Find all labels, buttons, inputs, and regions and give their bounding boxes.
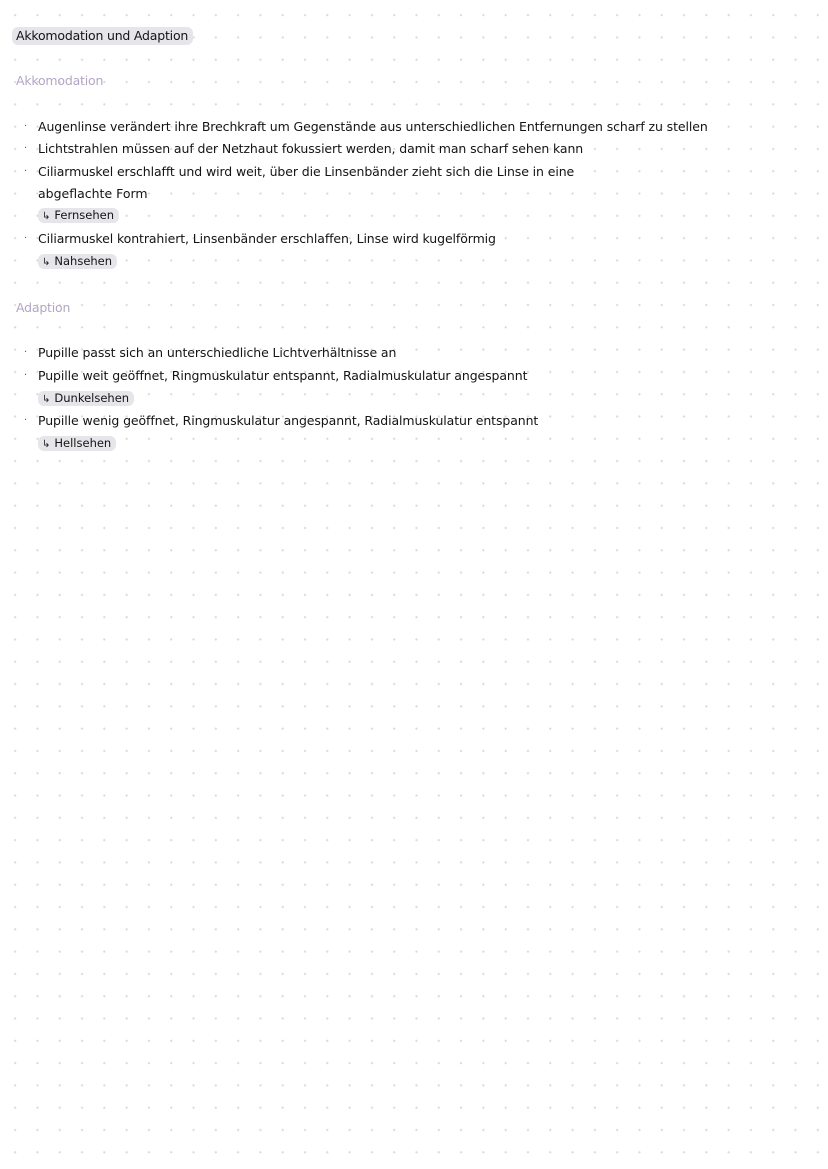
section-heading-adaption: Adaption	[16, 300, 70, 315]
bullet-icon: ·	[24, 370, 38, 381]
list-item: ·Pupille wenig geöffnet, Ringmuskulatur …	[24, 413, 538, 428]
list-item-text: Augenlinse verändert ihre Brechkraft um …	[38, 119, 708, 134]
result-note-text: Dunkelsehen	[54, 391, 129, 405]
list-item-continuation: abgeflachte Form	[38, 186, 148, 201]
result-note: ↳Fernsehen	[38, 208, 119, 223]
list-item: ·Ciliarmuskel erschlafft und wird weit, …	[24, 164, 574, 179]
list-item: ·Pupille passt sich an unterschiedliche …	[24, 345, 396, 360]
list-item-text: Lichtstrahlen müssen auf der Netzhaut fo…	[38, 141, 583, 156]
list-item-text: Ciliarmuskel kontrahiert, Linsenbänder e…	[38, 231, 496, 246]
bullet-icon: ·	[24, 347, 38, 358]
result-note: ↳Nahsehen	[38, 254, 117, 269]
bullet-icon: ·	[24, 233, 38, 244]
page-title: Akkomodation und Adaption	[12, 27, 193, 45]
bullet-icon: ·	[24, 121, 38, 132]
result-note-text: Hellsehen	[54, 436, 111, 450]
note-page: Akkomodation und Adaption Akkomodation ·…	[0, 0, 828, 1169]
result-note-text: Fernsehen	[54, 208, 114, 222]
bullet-icon: ·	[24, 166, 38, 177]
return-arrow-icon: ↳	[42, 394, 50, 405]
result-note: ↳Hellsehen	[38, 436, 116, 451]
list-item: ·Lichtstrahlen müssen auf der Netzhaut f…	[24, 141, 583, 156]
list-item: ·Pupille weit geöffnet, Ringmuskulatur e…	[24, 368, 527, 383]
result-note-text: Nahsehen	[54, 254, 112, 268]
return-arrow-icon: ↳	[42, 439, 50, 450]
list-item: ·Ciliarmuskel kontrahiert, Linsenbänder …	[24, 231, 496, 246]
list-item-text: Pupille weit geöffnet, Ringmuskulatur en…	[38, 368, 527, 383]
list-item: ·Augenlinse verändert ihre Brechkraft um…	[24, 119, 708, 134]
list-item-text: Pupille passt sich an unterschiedliche L…	[38, 345, 396, 360]
list-item-text: Pupille wenig geöffnet, Ringmuskulatur a…	[38, 413, 538, 428]
result-note: ↳Dunkelsehen	[38, 391, 134, 406]
bullet-icon: ·	[24, 143, 38, 154]
bullet-icon: ·	[24, 415, 38, 426]
list-item-text: Ciliarmuskel erschlafft und wird weit, ü…	[38, 164, 574, 179]
return-arrow-icon: ↳	[42, 211, 50, 222]
section-heading-akkomodation: Akkomodation	[16, 73, 103, 88]
return-arrow-icon: ↳	[42, 257, 50, 268]
